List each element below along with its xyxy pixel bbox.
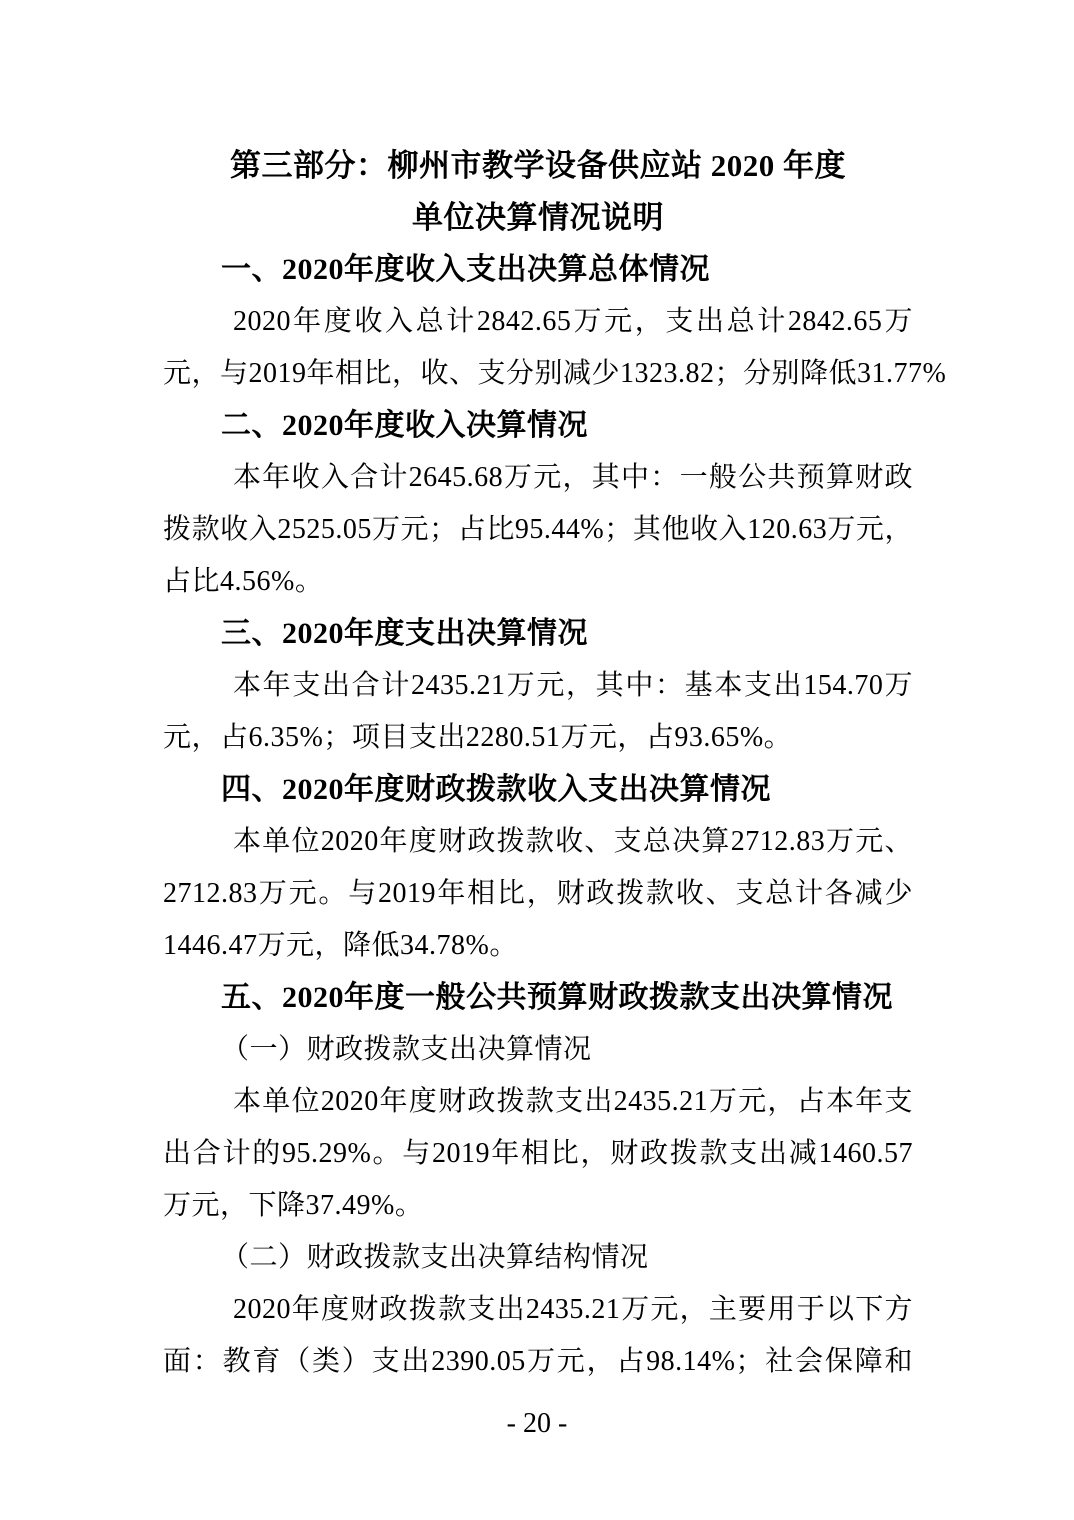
section-heading-3: 三、2020年度支出决算情况: [163, 608, 913, 660]
body-line: 万元，下降37.49%。: [163, 1180, 913, 1232]
body-line: 占比4.56%。: [163, 556, 913, 608]
body-line: 本单位2020年度财政拨款支出2435.21万元，占本年支: [163, 1076, 913, 1128]
body-line: 1446.47万元，降低34.78%。: [163, 920, 913, 972]
subsection-heading-1: （一）财政拨款支出决算情况: [163, 1024, 913, 1076]
body-line: 本年收入合计2645.68万元，其中：一般公共预算财政: [163, 452, 913, 504]
document-title-line1: 第三部分：柳州市教学设备供应站 2020 年度: [163, 140, 913, 192]
body-line: 拨款收入2525.05万元；占比95.44%；其他收入120.63万元，: [163, 504, 913, 556]
body-line: 2020年度收入总计2842.65万元，支出总计2842.65万: [163, 296, 913, 348]
body-line: 出合计的95.29%。与2019年相比，财政拨款支出减1460.57: [163, 1128, 913, 1180]
subsection-heading-2: （二）财政拨款支出决算结构情况: [163, 1232, 913, 1284]
body-line: 2020年度财政拨款支出2435.21万元，主要用于以下方: [163, 1284, 913, 1336]
body-line: 面：教育（类）支出2390.05万元，占98.14%；社会保障和: [163, 1336, 913, 1388]
page-number: - 20 -: [0, 1398, 1074, 1450]
document-page: 第三部分：柳州市教学设备供应站 2020 年度 单位决算情况说明 一、2020年…: [0, 0, 1074, 1520]
section-heading-1: 一、2020年度收入支出决算总体情况: [163, 244, 913, 296]
body-line: 元，占6.35%；项目支出2280.51万元，占93.65%。: [163, 712, 913, 764]
section-heading-4: 四、2020年度财政拨款收入支出决算情况: [163, 764, 913, 816]
body-line: 本年支出合计2435.21万元，其中：基本支出154.70万: [163, 660, 913, 712]
section-heading-5: 五、2020年度一般公共预算财政拨款支出决算情况: [163, 972, 913, 1024]
section-heading-2: 二、2020年度收入决算情况: [163, 400, 913, 452]
document-title-line2: 单位决算情况说明: [163, 192, 913, 244]
body-line: 本单位2020年度财政拨款收、支总决算2712.83万元、: [163, 816, 913, 868]
body-line: 2712.83万元。与2019年相比，财政拨款收、支总计各减少: [163, 868, 913, 920]
body-line: 元，与2019年相比，收、支分别减少1323.82；分别降低31.77%: [163, 348, 913, 400]
